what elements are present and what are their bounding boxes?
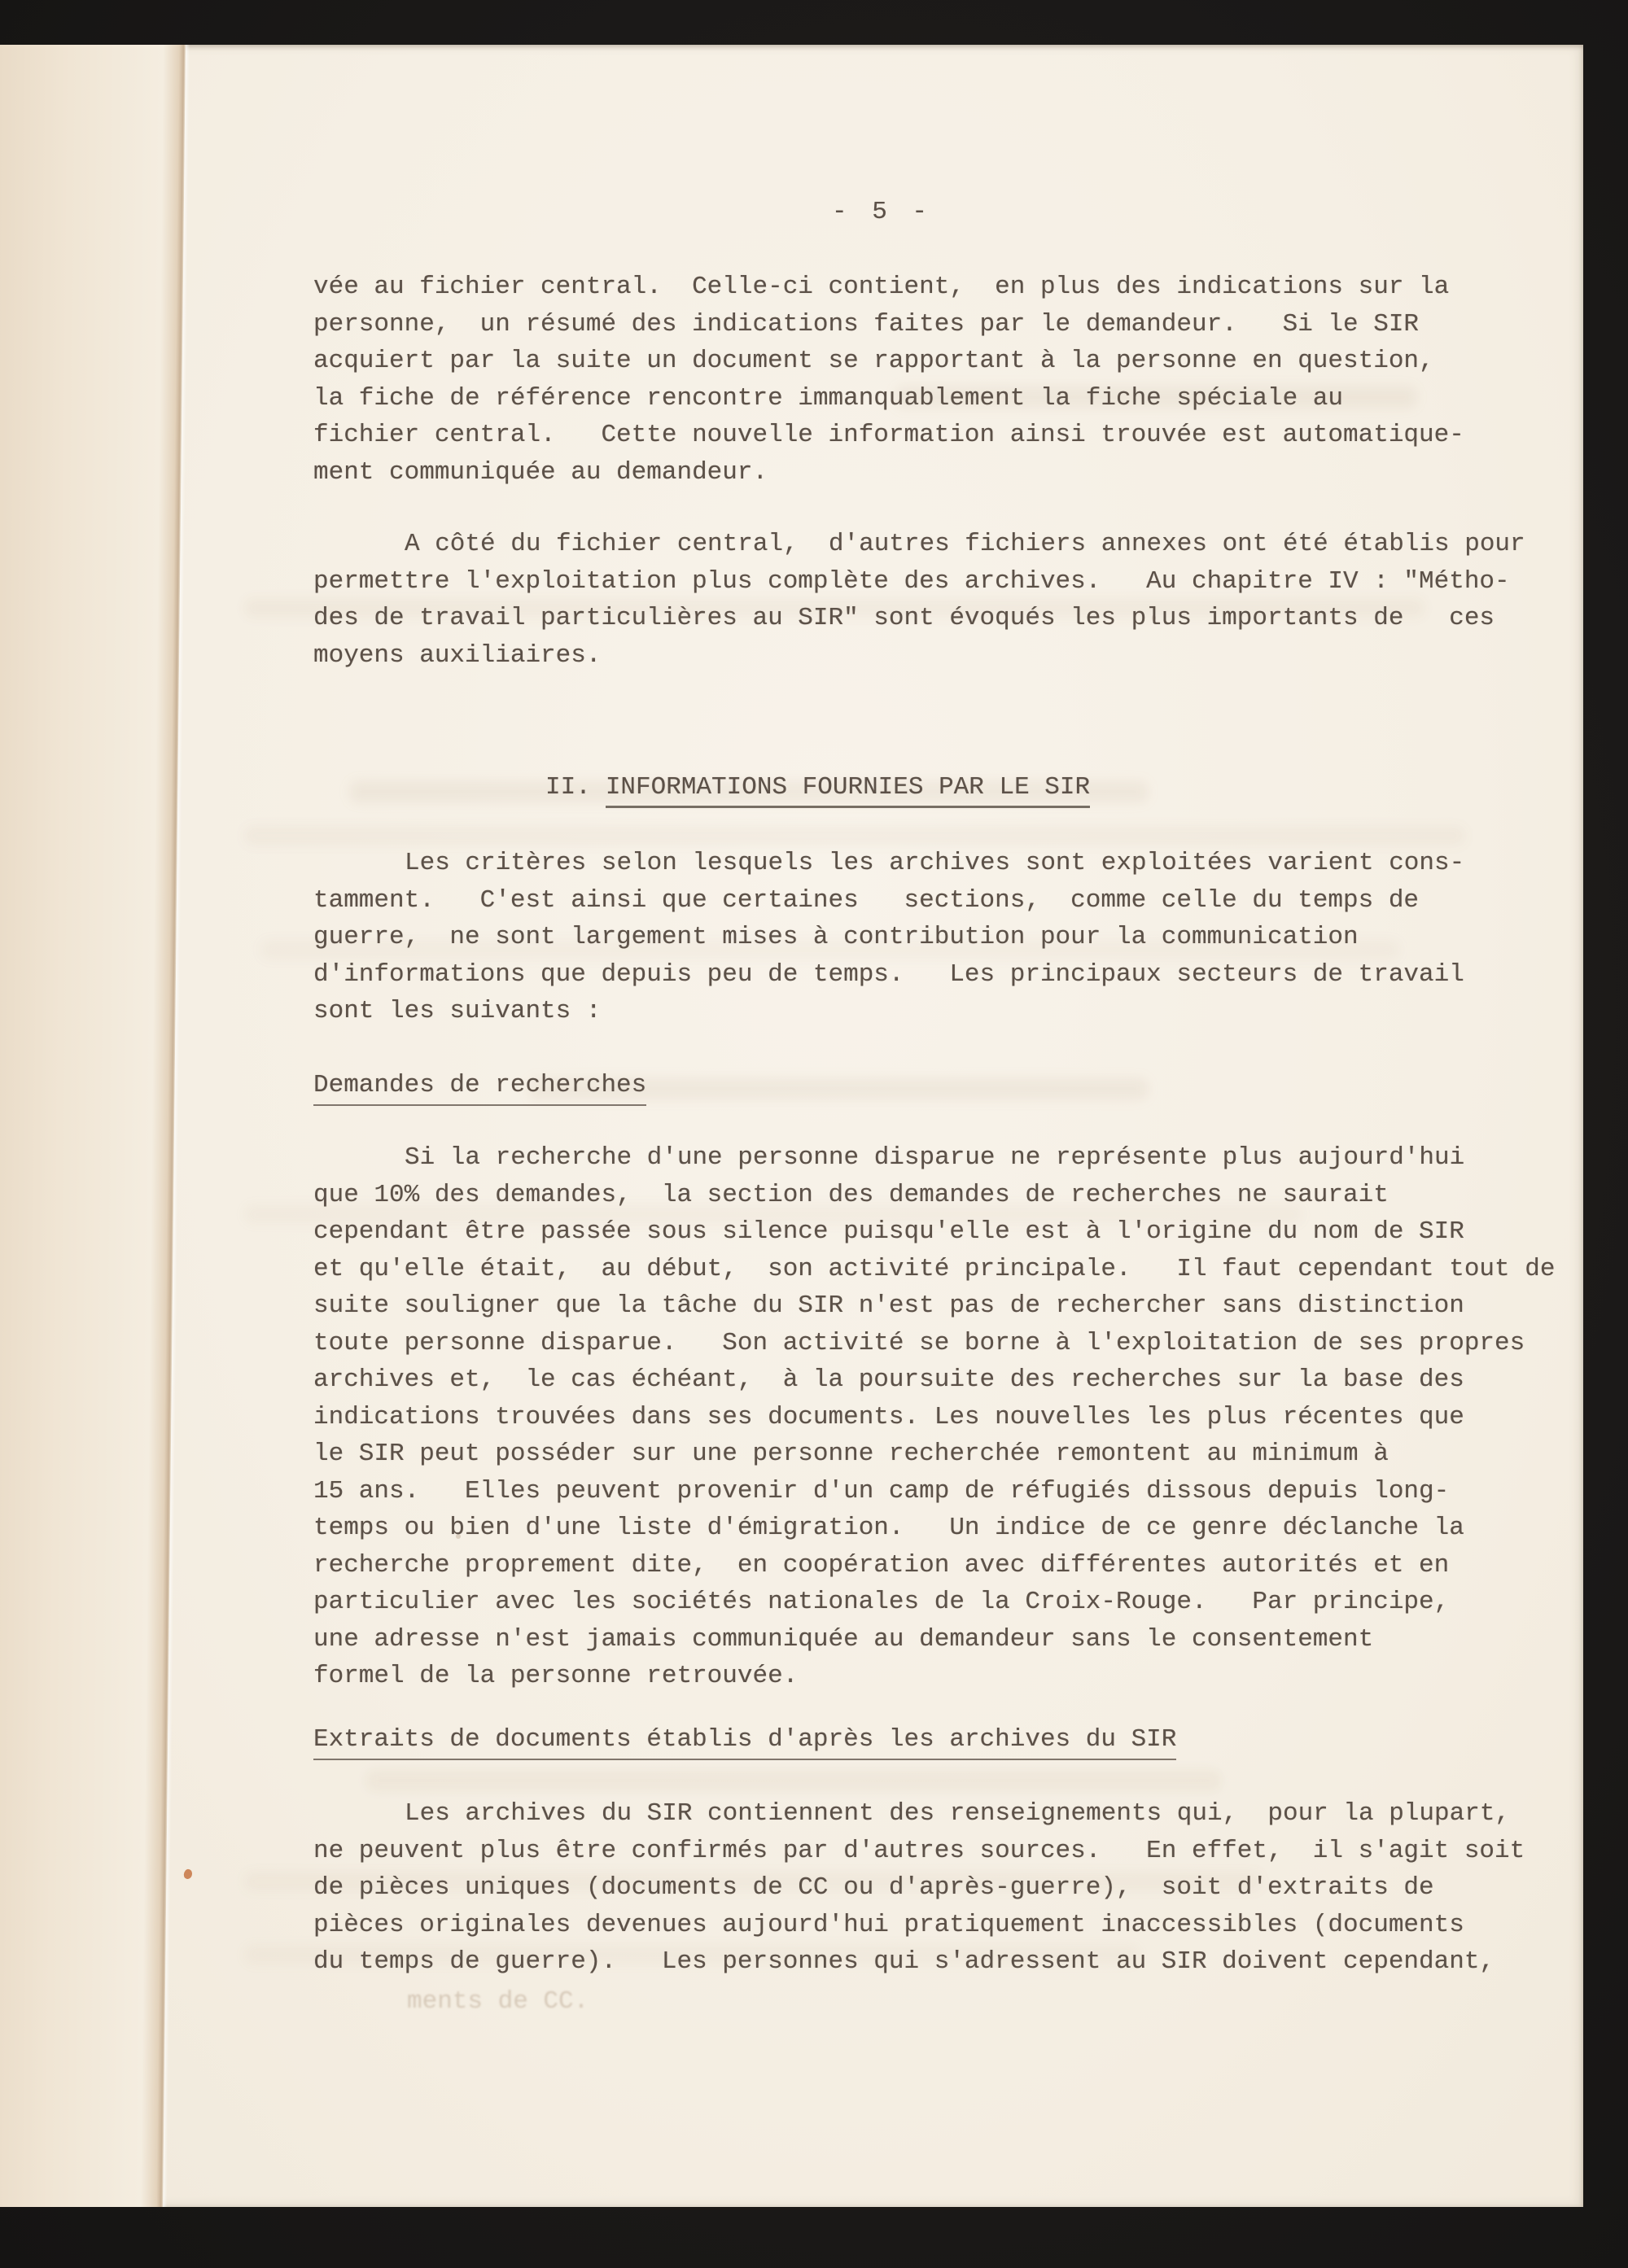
- bleedthrough-smudge: [244, 826, 1465, 846]
- page-fold-edge: [0, 45, 186, 2207]
- section-heading-ii: II.INFORMATIONS FOURNIES PAR LE SIR: [545, 773, 1090, 808]
- bleedthrough-smudge: [366, 1770, 1221, 1791]
- subheading-demandes-label: Demandes de recherches: [313, 1071, 646, 1106]
- subheading-extraits: Extraits de documents établis d'après le…: [313, 1725, 1176, 1760]
- page-number: - 5 -: [832, 198, 932, 226]
- photo-background: - 5 - vée au fichier central. Celle-ci c…: [0, 0, 1628, 2268]
- paragraph-annex-files: A côté du fichier central, d'autres fich…: [313, 526, 1525, 674]
- document-page: - 5 - vée au fichier central. Celle-ci c…: [0, 45, 1583, 2207]
- subheading-demandes: Demandes de recherches: [313, 1071, 646, 1106]
- section-number: II.: [545, 773, 591, 802]
- section-title: INFORMATIONS FOURNIES PAR LE SIR: [606, 773, 1090, 808]
- bleedthrough-text: ments de CC.: [407, 1987, 589, 2016]
- paragraph-continuation: vée au fichier central. Celle-ci contien…: [313, 269, 1464, 491]
- paragraph-criteria: Les critères selon lesquels les archives…: [313, 845, 1464, 1030]
- subheading-extraits-label: Extraits de documents établis d'après le…: [313, 1725, 1176, 1760]
- paragraph-search-requests: Si la recherche d'une personne disparue …: [313, 1139, 1555, 1695]
- paragraph-document-extracts: Les archives du SIR contiennent des rens…: [313, 1795, 1525, 1981]
- red-ink-mark: [182, 1868, 194, 1881]
